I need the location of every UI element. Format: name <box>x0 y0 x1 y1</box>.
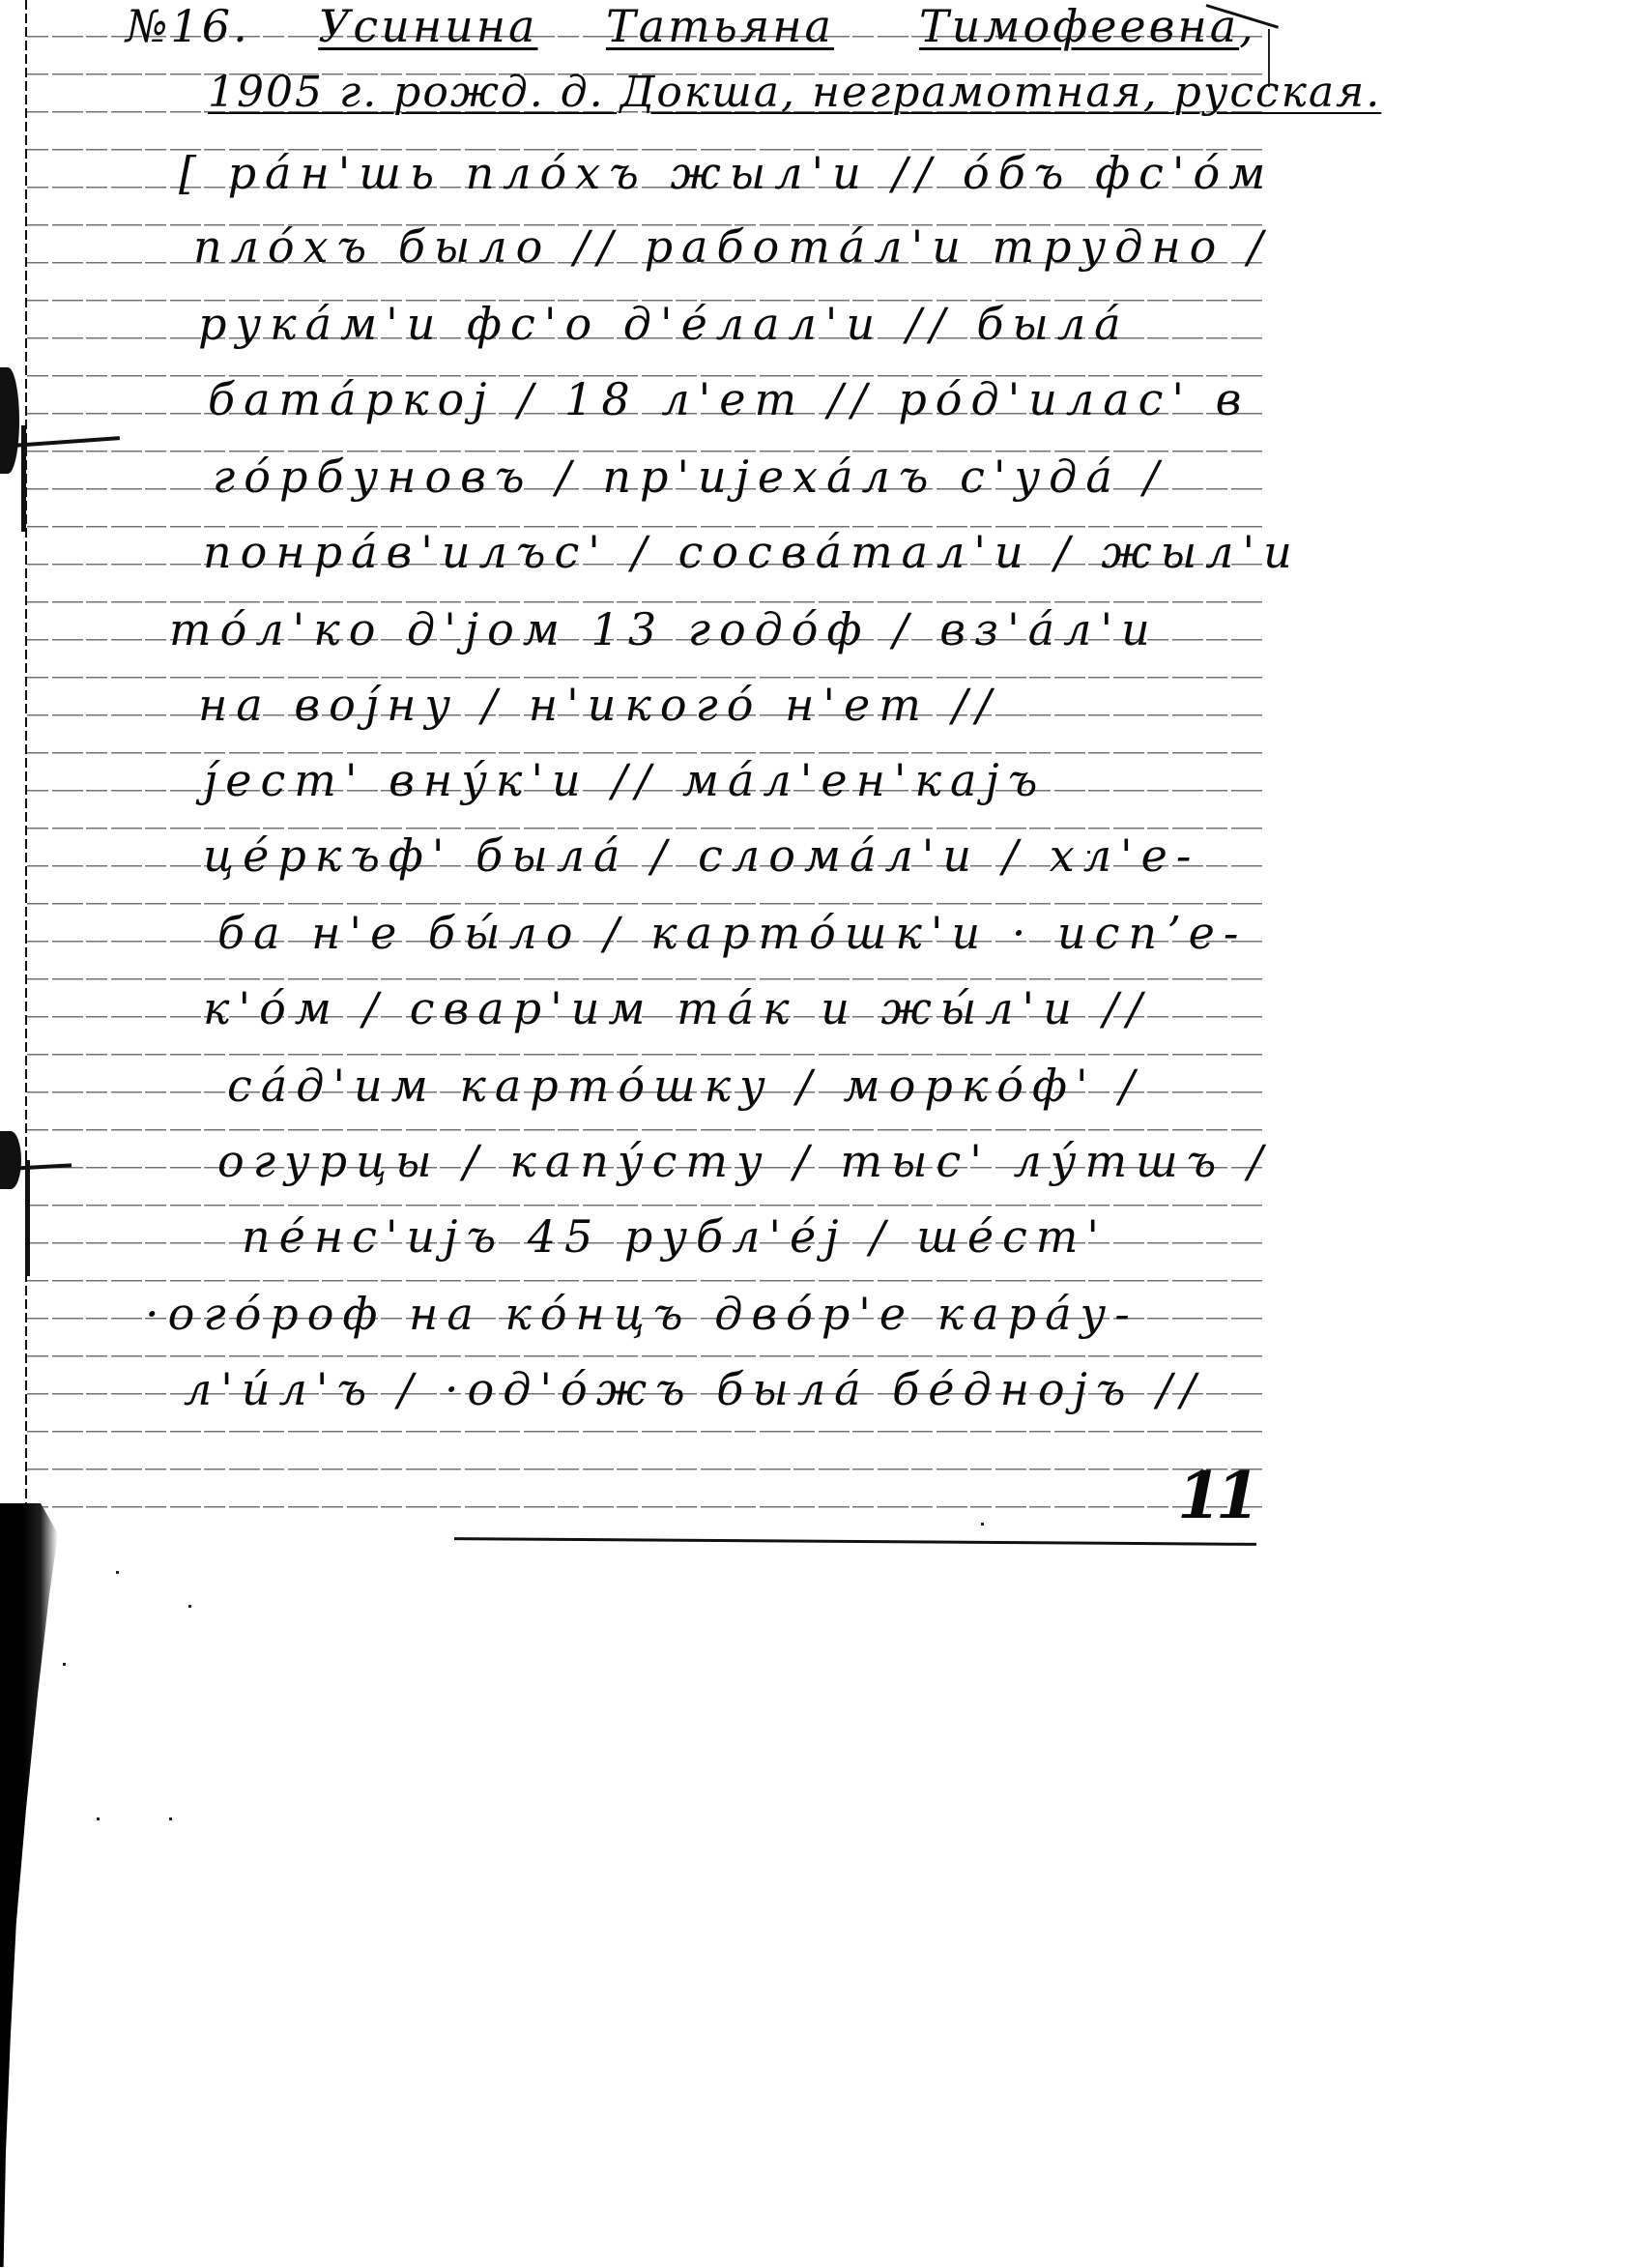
binding-spur <box>25 1160 30 1276</box>
transcript-line-3: рука́м'и фс'о д'е́лал'и // была́ <box>198 302 1130 346</box>
scan-speck <box>116 1571 119 1574</box>
scan-speck <box>169 1817 172 1820</box>
binding-margin-line <box>25 0 27 1508</box>
transcript-line-2: пло́хъ было // работа́л'и трудно / <box>193 224 1271 269</box>
entry-patronymic: Тимофеевна <box>919 0 1239 52</box>
scan-shadow-bottom <box>0 1503 58 2267</box>
entry-header: №16. Усинина Татьяна Тимофеевна, <box>126 4 1256 48</box>
transcript-line-13: са́д'им карто́шку / морко́ф' / <box>227 1063 1143 1108</box>
entry-surname: Усинина <box>318 0 537 52</box>
transcript-line-6: понра́в'илъс' / сосва́тал'и / жыл'и <box>203 530 1301 574</box>
scan-speck <box>188 1605 191 1608</box>
scan-speck <box>981 1523 984 1526</box>
transcript-line-17: л'и́л'ъ / ·од'о́жъ была́ бе́днојъ // <box>184 1367 1204 1411</box>
transcript-line-16: ·ого́роф на ко́нцъ дво́р'е кара́у- <box>145 1292 1139 1336</box>
scan-shadow-top <box>0 367 19 474</box>
scanned-page: №16. Усинина Татьяна Тимофеевна, 1905 г.… <box>0 0 1643 2268</box>
header-trailing-comma: , <box>1239 0 1256 52</box>
scan-shadow-mid <box>0 1131 21 1189</box>
transcript-line-9: ј́ест' вну́к'и // ма́л'ен'кајъ <box>203 758 1046 802</box>
transcript-line-1: [ ра́н'шь пло́хъ жыл'и // о́бъ фс'о́м <box>179 151 1274 195</box>
entry-number: №16. <box>126 0 250 52</box>
transcript-line-14: огурцы / капу́сту / тыс' лу́тшъ / <box>217 1139 1271 1183</box>
transcript-line-7: то́л'ко д'јом 13 годо́ф / вз'а́л'и <box>169 607 1159 652</box>
entry-first-name: Татьяна <box>606 0 834 52</box>
binding-spur <box>21 425 26 532</box>
page-number: 11 <box>1177 1458 1254 1533</box>
transcript-line-12: к'о́м / свар'им та́к и жы́л'и // <box>203 986 1150 1031</box>
scan-speck <box>97 1817 100 1820</box>
transcript-line-5: го́рбуновъ / пр'ијеха́лъ с'уда́ / <box>213 454 1167 499</box>
transcript-line-8: на вој́ну / н'икого́ н'ет // <box>198 683 1000 727</box>
scan-speck <box>1087 851 1090 854</box>
transcript-line-11: ба н'е бы́ло / карто́шк'и · испʼе- <box>217 911 1247 955</box>
speaker-bio: 1905 г. рожд. д. Докша, неграмотная, рус… <box>208 72 1381 114</box>
bottom-rule <box>454 1537 1256 1546</box>
transcript-line-10: це́ркъф' была́ / слома́л'и / хл'е- <box>203 833 1199 878</box>
transcript-line-15: пе́нс'ијъ 45 рубл'е́ј / ше́ст' <box>242 1214 1108 1259</box>
scan-speck <box>63 1663 66 1666</box>
transcript-line-4: бата́ркој / 18 л'ет // ро́д'илас' в <box>208 377 1250 422</box>
